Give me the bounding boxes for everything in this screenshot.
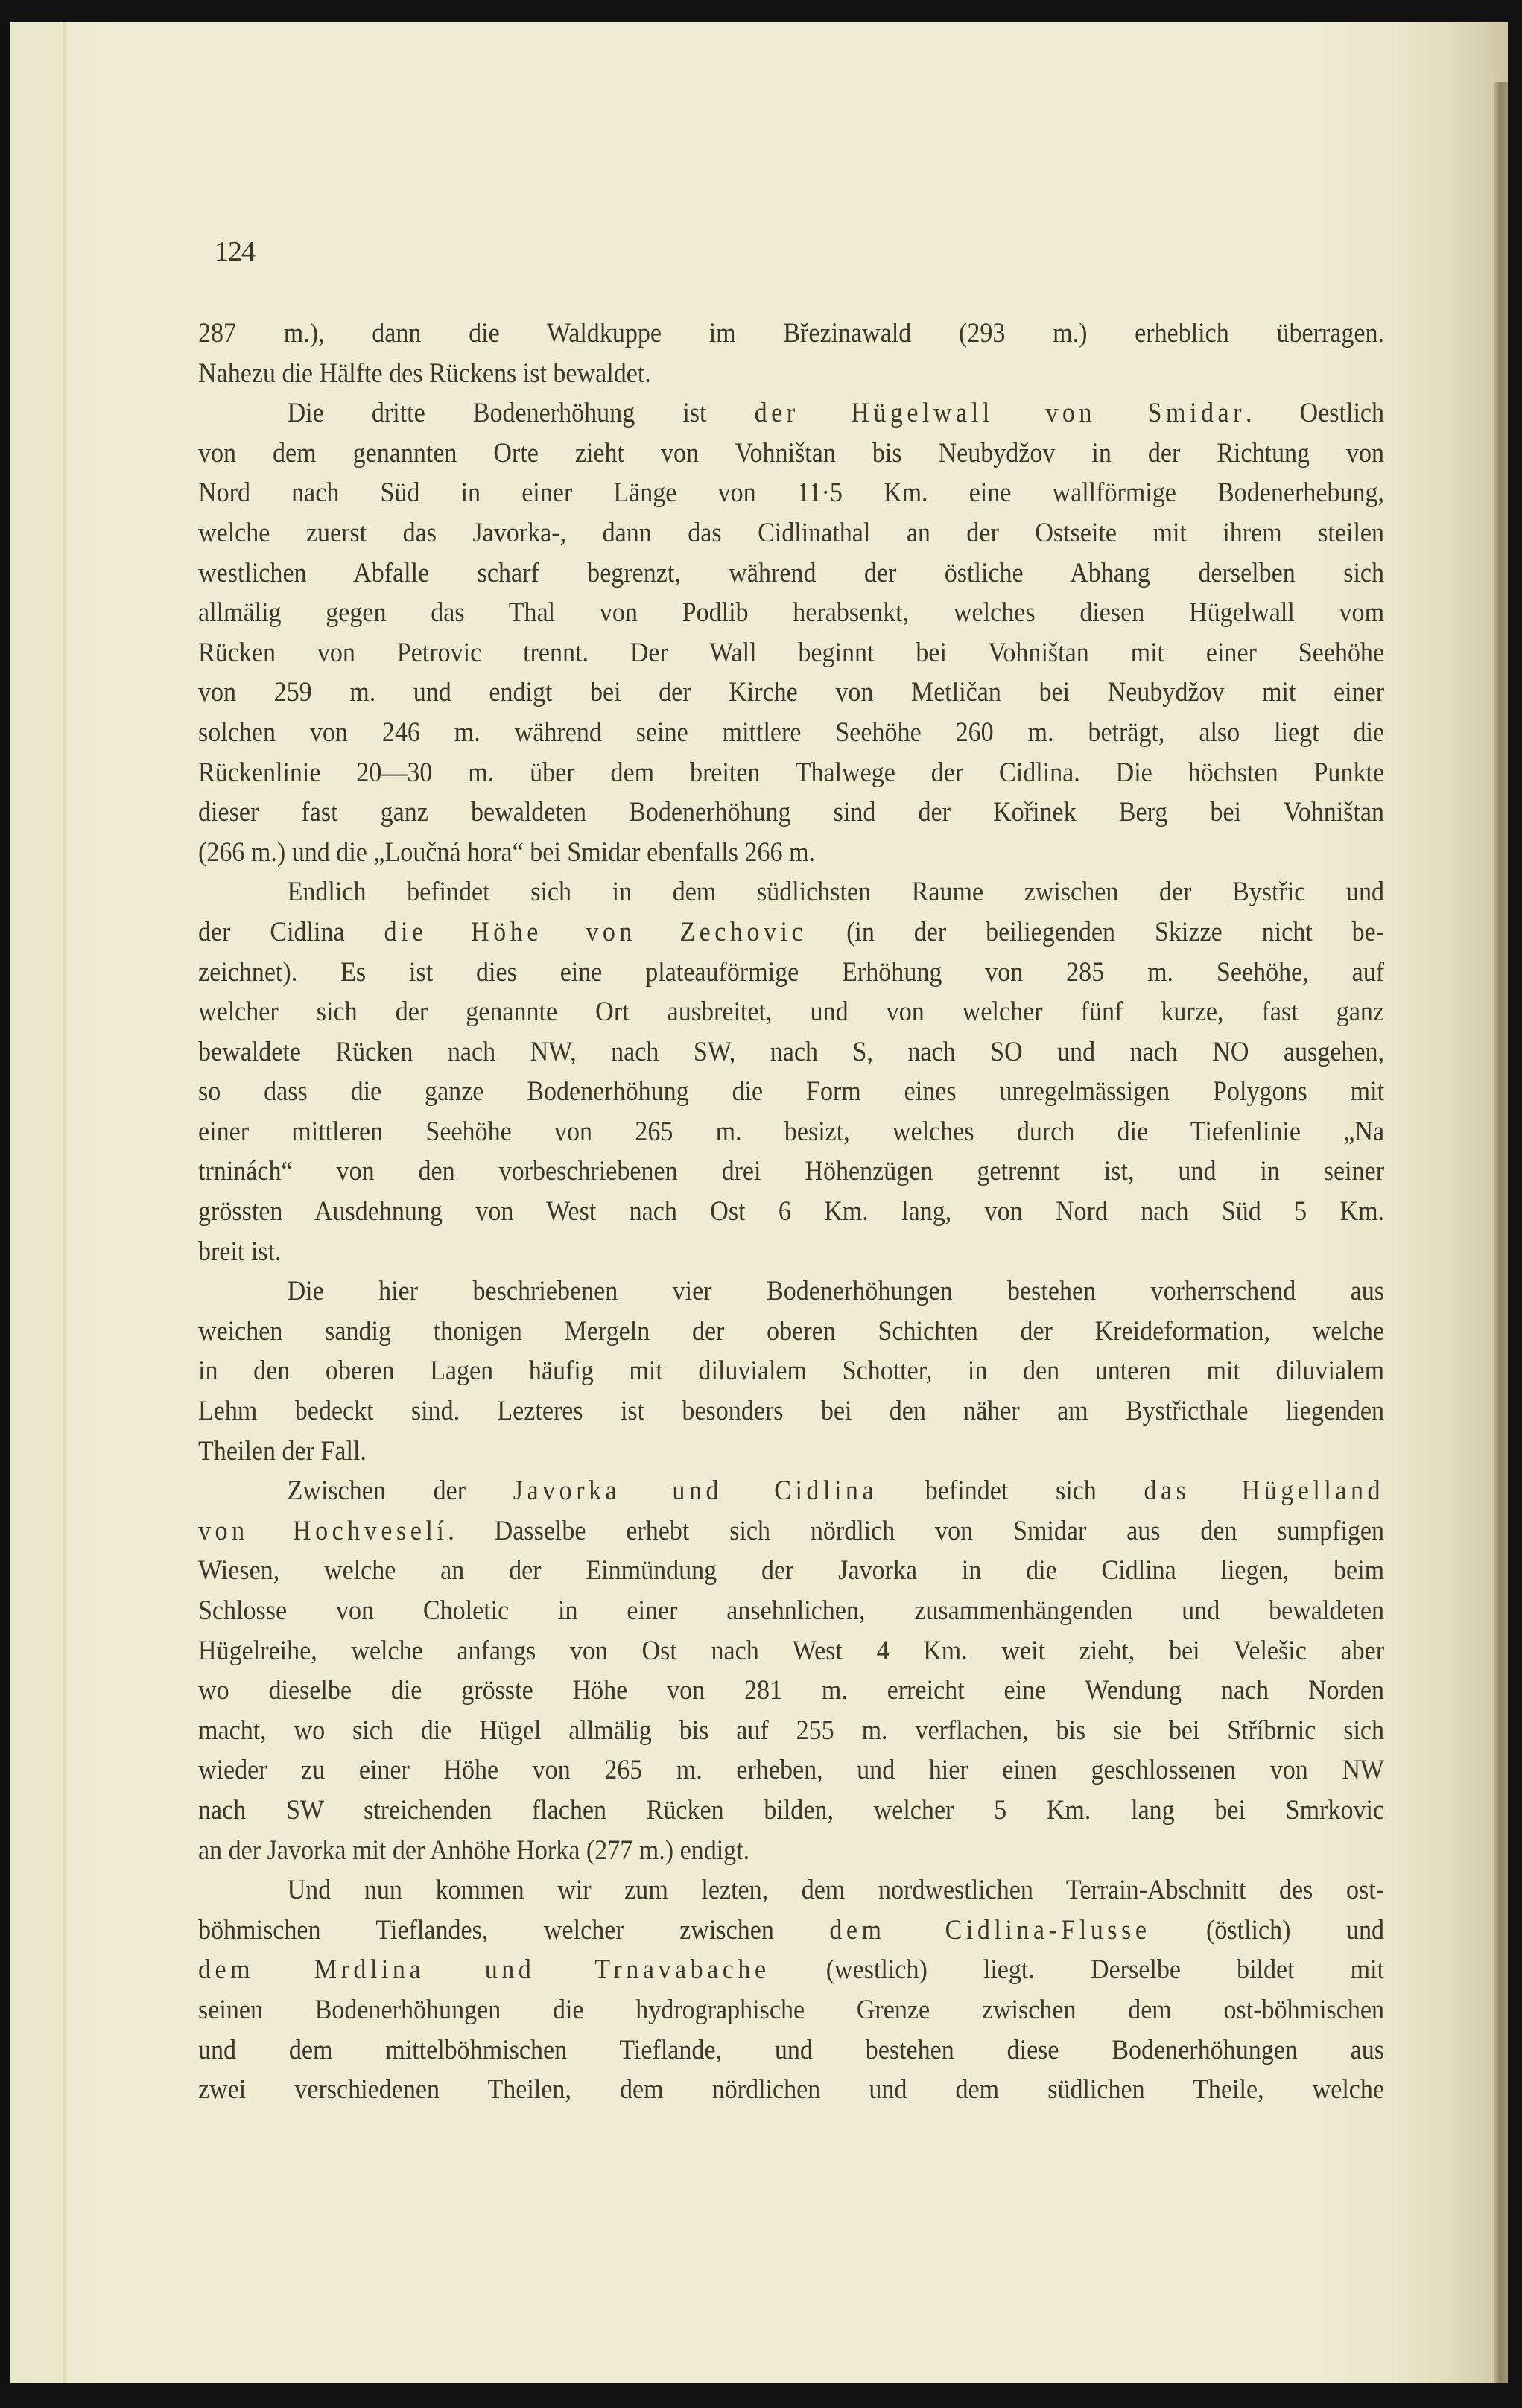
text-line: grössten Ausdehnung von West nach Ost 6 … <box>198 1192 1384 1232</box>
text-line: nach SW streichenden flachen Rücken bild… <box>198 1791 1384 1831</box>
page-number: 124 <box>215 235 255 268</box>
text-line: welcher sich der genannte Ort ausbreitet… <box>198 992 1384 1032</box>
text-line: solchen von 246 m. während seine mittler… <box>198 713 1384 753</box>
emphasized-spaced-text: das Hügelland <box>1144 1475 1384 1506</box>
paragraph-first-line: Zwischen der Javorka und Cidlina befinde… <box>198 1471 1384 1511</box>
text-line: macht, wo sich die Hügel allmälig bis au… <box>198 1711 1384 1751</box>
text-segment: . Dasselbe erhebt sich nördlich von Smid… <box>448 1516 1384 1546</box>
text-line: wieder zu einer Höhe von 265 m. erheben,… <box>198 1750 1384 1791</box>
text-line: von dem genannten Orte zieht von Vohništ… <box>198 433 1384 474</box>
text-line: Theilen der Fall. <box>198 1432 1384 1472</box>
text-line: so dass die ganze Bodenerhöhung die Form… <box>198 1072 1384 1112</box>
text-line: bewaldete Rücken nach NW, nach SW, nach … <box>198 1032 1384 1073</box>
emphasized-spaced-text: die Höhe von Zechovic <box>384 917 808 947</box>
paragraph-first-line: Die dritte Bodenerhöhung ist der Hügelwa… <box>198 393 1384 433</box>
text-line: dieser fast ganz bewaldeten Bodenerhöhun… <box>198 792 1384 833</box>
emphasized-spaced-text: der Hügelwall von Smidar <box>755 398 1246 428</box>
text-segment: befindet sich <box>878 1475 1144 1506</box>
text-line: welche zuerst das Javorka-, dann das Cid… <box>198 513 1384 553</box>
text-line: Nahezu die Hälfte des Rückens ist bewald… <box>198 354 1384 394</box>
text-line: wo dieselbe die grösste Höhe von 281 m. … <box>198 1671 1384 1711</box>
text-line: der Cidlina die Höhe von Zechovic (in de… <box>198 912 1384 953</box>
text-segment: . Oestlich <box>1246 398 1384 428</box>
text-line: an der Javorka mit der Anhöhe Horka (277… <box>198 1831 1384 1871</box>
text-line: Rücken von Petrovic trennt. Der Wall beg… <box>198 633 1384 673</box>
text-line: westlichen Abfalle scharf begrenzt, währ… <box>198 553 1384 594</box>
paragraph-first-line: Endlich befindet sich in dem südlichsten… <box>198 872 1384 912</box>
text-line: Schlosse von Choletic in einer ansehnlic… <box>198 1591 1384 1631</box>
emphasized-spaced-text: dem Cidlina-Flusse <box>829 1915 1150 1945</box>
text-line: zwei verschiedenen Theilen, dem nördlich… <box>198 2070 1384 2110</box>
text-line: seinen Bodenerhöhungen die hydrographisc… <box>198 1990 1384 2030</box>
emphasized-spaced-text: dem Mrdlina und Trnavabache <box>198 1954 770 1985</box>
text-segment: (in der beiliegenden Skizze nicht be- <box>807 917 1384 947</box>
text-line: weichen sandig thonigen Mergeln der ober… <box>198 1312 1384 1352</box>
text-segment: Zwischen der <box>288 1475 513 1506</box>
text-line: von 259 m. und endigt bei der Kirche von… <box>198 673 1384 713</box>
text-line: einer mittleren Seehöhe von 265 m. besiz… <box>198 1112 1384 1152</box>
text-line: allmälig gegen das Thal von Podlib herab… <box>198 593 1384 633</box>
text-line: zeichnet). Es ist dies eine plateauförmi… <box>198 953 1384 993</box>
text-line: und dem mittelböhmischen Tieflande, und … <box>198 2030 1384 2071</box>
paragraph-first-line: Und nun kommen wir zum lezten, dem nordw… <box>198 1870 1384 1910</box>
text-line: trninách“ von den vorbeschriebenen drei … <box>198 1151 1384 1192</box>
text-segment: der Cidlina <box>198 917 384 947</box>
text-line: Hügelreihe, welche anfangs von Ost nach … <box>198 1631 1384 1671</box>
text-line: Wiesen, welche an der Einmündung der Jav… <box>198 1551 1384 1591</box>
text-segment: Die dritte Bodenerhöhung ist <box>288 398 755 428</box>
emphasized-spaced-text: von Hochveselí <box>198 1516 448 1546</box>
paragraph-first-line: Die hier beschriebenen vier Bodenerhöhun… <box>198 1271 1384 1312</box>
text-segment: böhmischen Tieflandes, welcher zwischen <box>198 1915 829 1945</box>
text-line: (266 m.) und die „Loučná hora“ bei Smida… <box>198 833 1384 873</box>
text-line: von Hochveselí. Dasselbe erhebt sich nör… <box>198 1511 1384 1551</box>
text-line: dem Mrdlina und Trnavabache (westlich) l… <box>198 1950 1384 1990</box>
emphasized-spaced-text: Javorka und Cidlina <box>513 1475 878 1506</box>
text-line: Lehm bedeckt sind. Lezteres ist besonder… <box>198 1391 1384 1432</box>
text-line: breit ist. <box>198 1232 1384 1272</box>
page-edge-strip <box>1494 82 1508 2383</box>
page-fold-shadow <box>63 22 66 2383</box>
text-segment: (östlich) und <box>1150 1915 1384 1945</box>
text-segment: (westlich) liegt. Derselbe bildet mit <box>770 1954 1384 1985</box>
text-line: 287 m.), dann die Waldkuppe im Březinawa… <box>198 314 1384 354</box>
body-text: 287 m.), dann die Waldkuppe im Březinawa… <box>198 314 1384 2110</box>
text-line: böhmischen Tieflandes, welcher zwischen … <box>198 1910 1384 1951</box>
text-line: Rückenlinie 20—30 m. über dem breiten Th… <box>198 753 1384 793</box>
text-line: in den oberen Lagen häufig mit diluviale… <box>198 1351 1384 1391</box>
text-line: Nord nach Süd in einer Länge von 11·5 Km… <box>198 473 1384 513</box>
